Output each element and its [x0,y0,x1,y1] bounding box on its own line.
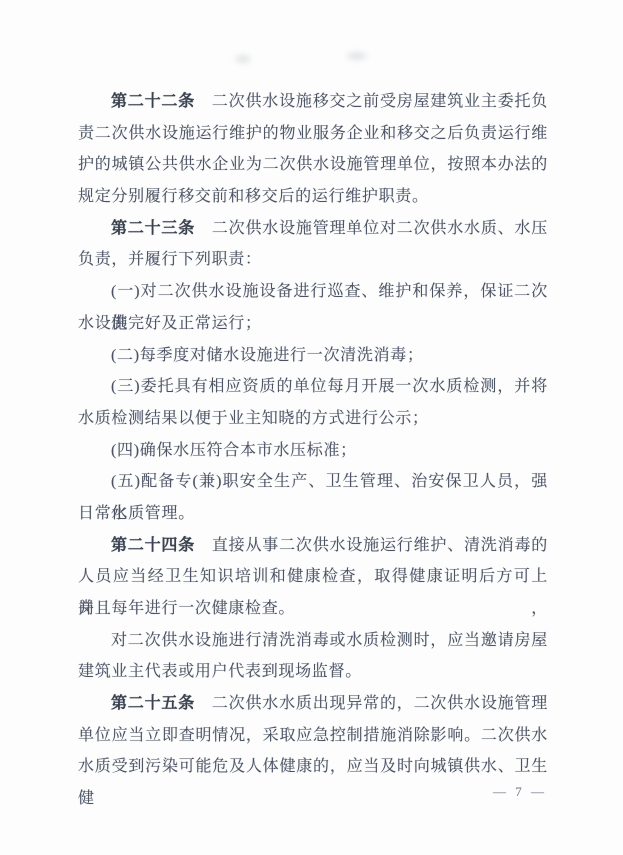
text-line: 第二十五条 二次供水水质出现异常的，二次供水设施管理 [78,688,548,720]
text-line: (五)配备专(兼)职安全生产、卫生管理、治安保卫人员，强化 [78,466,548,498]
text-line: 人员应当经卫生知识培训和健康检查，取得健康证明后方可上岗， [78,561,548,593]
line-text: (三)委托具有相应资质的单位每月开展一次水质检测，并将 [111,378,548,395]
text-line: 日常水质管理。 [78,498,548,530]
text-line: 第二十四条 直接从事二次供水设施运行维护、清洗消毒的 [78,530,548,562]
line-text: 水设施完好及正常运行； [78,315,262,332]
line-text: 水质受到污染可能危及人体健康的，应当及时向城镇供水、卫生健 [78,758,548,807]
line-text: 二次供水设施移交之前受房屋建筑业主委托负 [195,93,548,110]
line-text: 并且每年进行一次健康检查。 [78,600,295,617]
scan-smudge-artifact [343,49,371,63]
text-line: (四)确保水压符合本市水压标准； [78,435,548,467]
text-line: 单位应当立即查明情况，采取应急控制措施消除影响。二次供水 [78,720,548,752]
line-text: 建筑业主代表或用户代表到现场监督。 [78,663,362,680]
text-line: (一)对二次供水设施设备进行巡查、维护和保养，保证二次供 [78,276,548,308]
line-text: 水质检测结果以便于业主知晓的方式进行公示； [78,410,429,427]
line-text: (四)确保水压符合本市水压标准； [111,442,357,459]
line-text: 对二次供水设施进行清洗消毒或水质检测时，应当邀请房屋 [111,632,548,649]
document-page: 第二十二条 二次供水设施移交之前受房屋建筑业主委托负责二次供水设施运行维护的物业… [0,0,623,855]
line-text: 责二次供水设施运行维护的物业服务企业和移交之后负责运行维 [78,125,548,142]
line-text: 单位应当立即查明情况，采取应急控制措施消除影响。二次供水 [78,727,548,744]
text-line: 责二次供水设施运行维护的物业服务企业和移交之后负责运行维 [78,118,548,150]
article-number: 第二十二条 [111,93,195,110]
text-line: 并且每年进行一次健康检查。 [78,593,548,625]
scan-smudge-artifact [232,52,254,66]
article-number: 第二十四条 [111,537,195,554]
text-line: (三)委托具有相应资质的单位每月开展一次水质检测，并将 [78,371,548,403]
article-number: 第二十五条 [111,695,195,712]
page-number: — 7 — [493,784,547,800]
document-body: 第二十二条 二次供水设施移交之前受房屋建筑业主委托负责二次供水设施运行维护的物业… [78,86,548,783]
line-text: 规定分别履行移交前和移交后的运行维护职责。 [78,188,429,205]
text-line: 水质受到污染可能危及人体健康的，应当及时向城镇供水、卫生健 [78,751,548,783]
text-line: 护的城镇公共供水企业为二次供水设施管理单位，按照本办法的 [78,149,548,181]
article-number: 第二十三条 [111,220,195,237]
line-text: 二次供水水质出现异常的，二次供水设施管理 [195,695,548,712]
text-line: 水设施完好及正常运行； [78,308,548,340]
line-text: 护的城镇公共供水企业为二次供水设施管理单位，按照本办法的 [78,156,548,173]
line-text: 直接从事二次供水设施运行维护、清洗消毒的 [195,537,548,554]
line-text: (二)每季度对储水设施进行一次清洗消毒； [111,347,424,364]
line-text: 日常水质管理。 [78,505,195,522]
text-line: (二)每季度对储水设施进行一次清洗消毒； [78,340,548,372]
text-line: 建筑业主代表或用户代表到现场监督。 [78,656,548,688]
text-line: 第二十二条 二次供水设施移交之前受房屋建筑业主委托负 [78,86,548,118]
text-line: 第二十三条 二次供水设施管理单位对二次供水水质、水压 [78,213,548,245]
line-text: 二次供水设施管理单位对二次供水水质、水压 [195,220,548,237]
text-line: 对二次供水设施进行清洗消毒或水质检测时，应当邀请房屋 [78,625,548,657]
text-line: 负责，并履行下列职责： [78,244,548,276]
text-line: 规定分别履行移交前和移交后的运行维护职责。 [78,181,548,213]
line-text: 负责，并履行下列职责： [78,251,262,268]
text-line: 水质检测结果以便于业主知晓的方式进行公示； [78,403,548,435]
